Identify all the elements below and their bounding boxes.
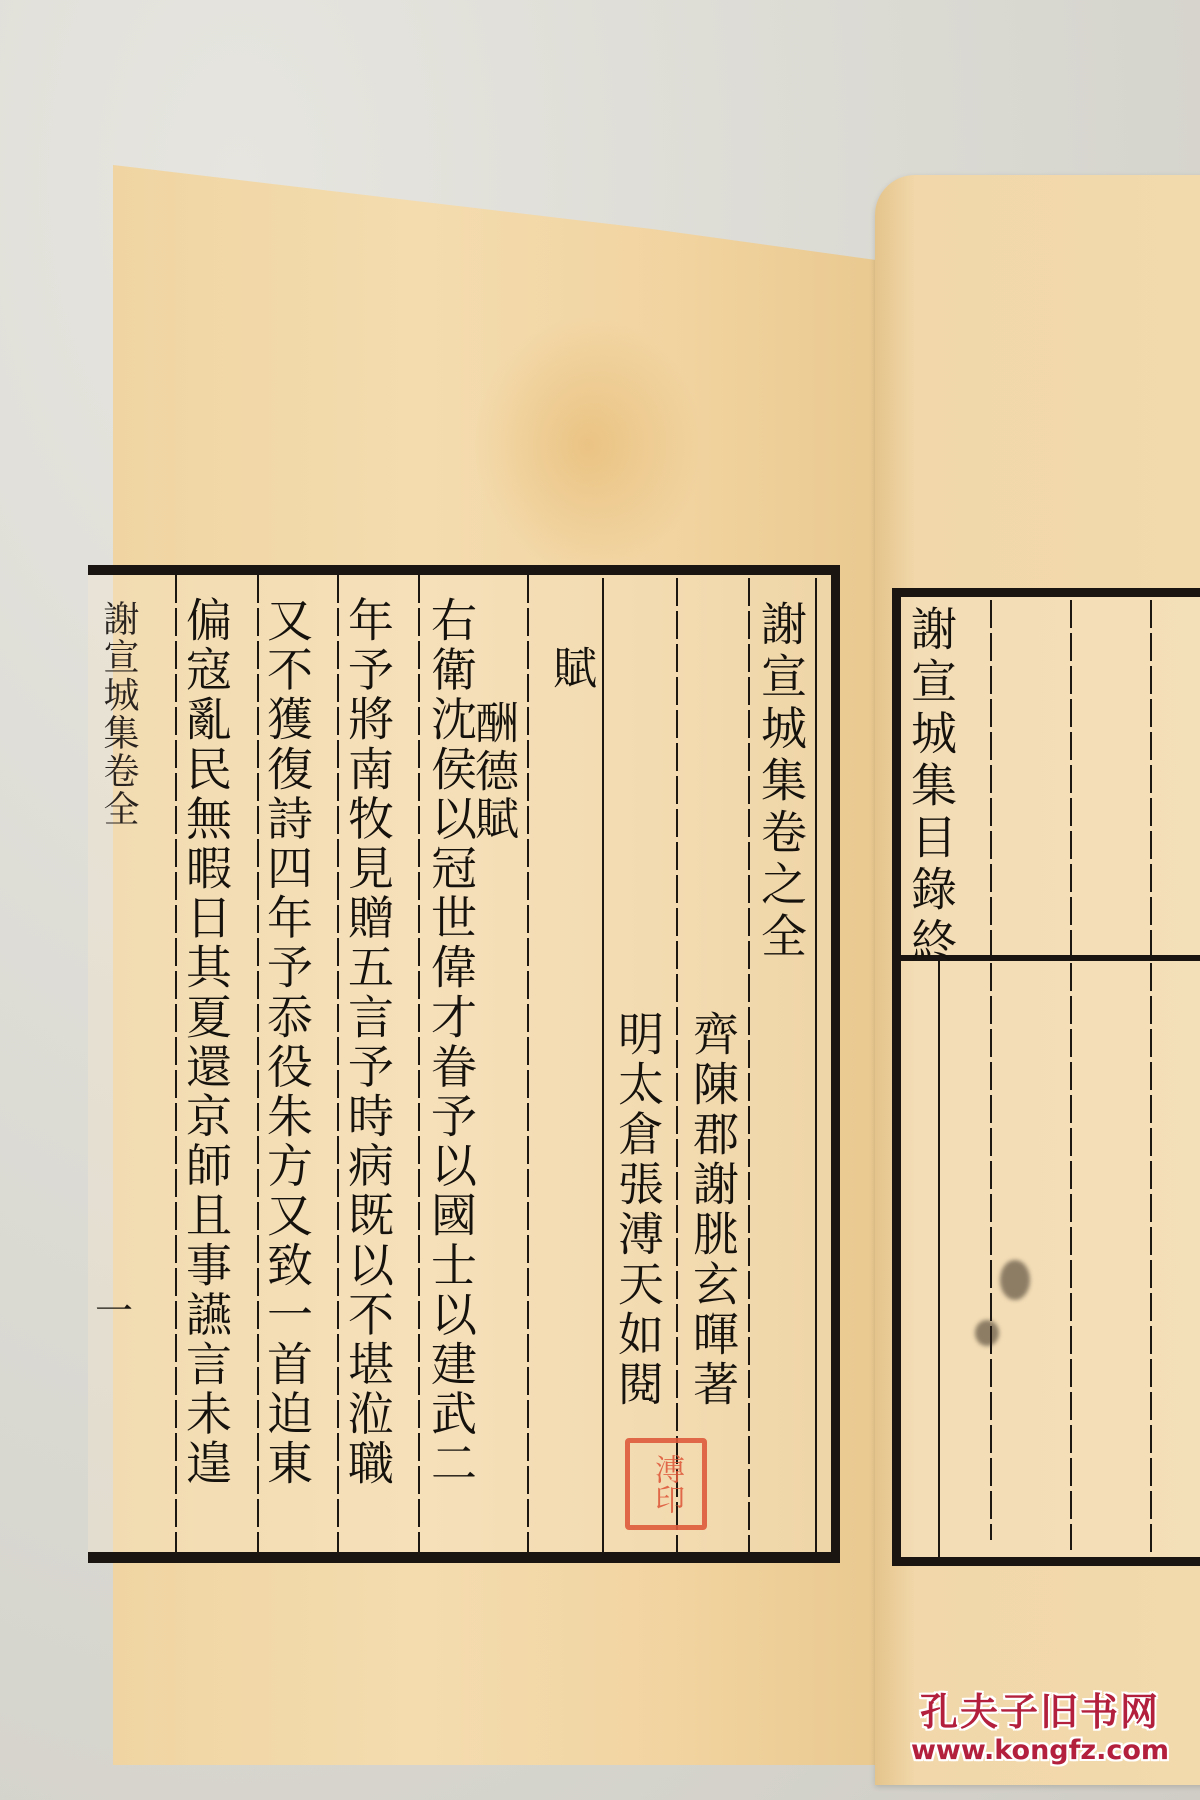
text-column-4: 偏寇亂民無暇日其夏還京師且事讌言未遑	[183, 596, 229, 1489]
column-rule	[748, 578, 750, 1553]
volume-title: 謝宣城集卷之全	[758, 600, 804, 964]
edge-column-title: 謝宣城集卷全	[100, 600, 136, 828]
column-rule	[815, 578, 817, 1553]
column-rule	[990, 600, 992, 1540]
piece-title: 酬德賦	[470, 700, 514, 843]
column-rule	[1070, 600, 1072, 1550]
column-rule	[676, 578, 678, 1553]
ink-smudge	[1000, 1260, 1030, 1300]
column-rule	[1150, 600, 1152, 1560]
table-of-contents-end-title: 謝宣城集目錄終	[908, 605, 954, 969]
column-rule	[527, 575, 529, 1555]
watermark-url: www.kongfz.com	[890, 1734, 1190, 1768]
watermark: 孔夫子旧书网 www.kongfz.com	[890, 1690, 1190, 1768]
column-rule	[257, 575, 259, 1555]
collector-seal: 溥印	[625, 1438, 707, 1530]
section-heading: 賦	[548, 645, 592, 693]
text-column-3: 又不獲復詩四年予忝役朱方又致一首迫東	[264, 596, 310, 1489]
column-rule	[337, 575, 339, 1555]
column-rule	[418, 575, 420, 1555]
watermark-site-name: 孔夫子旧书网	[890, 1690, 1190, 1734]
text-column-2: 年予將南牧見贈五言予時病既以不堪涖職	[345, 596, 391, 1489]
column-rule	[175, 575, 177, 1555]
author-line: 齊陳郡謝朓玄暉著	[690, 1010, 736, 1410]
horizontal-divider	[938, 960, 940, 1560]
page-number: 一	[95, 1280, 133, 1335]
editor-line: 明太倉張溥天如閱	[615, 1010, 661, 1410]
column-rule	[602, 578, 604, 1553]
ink-smudge	[975, 1320, 999, 1346]
